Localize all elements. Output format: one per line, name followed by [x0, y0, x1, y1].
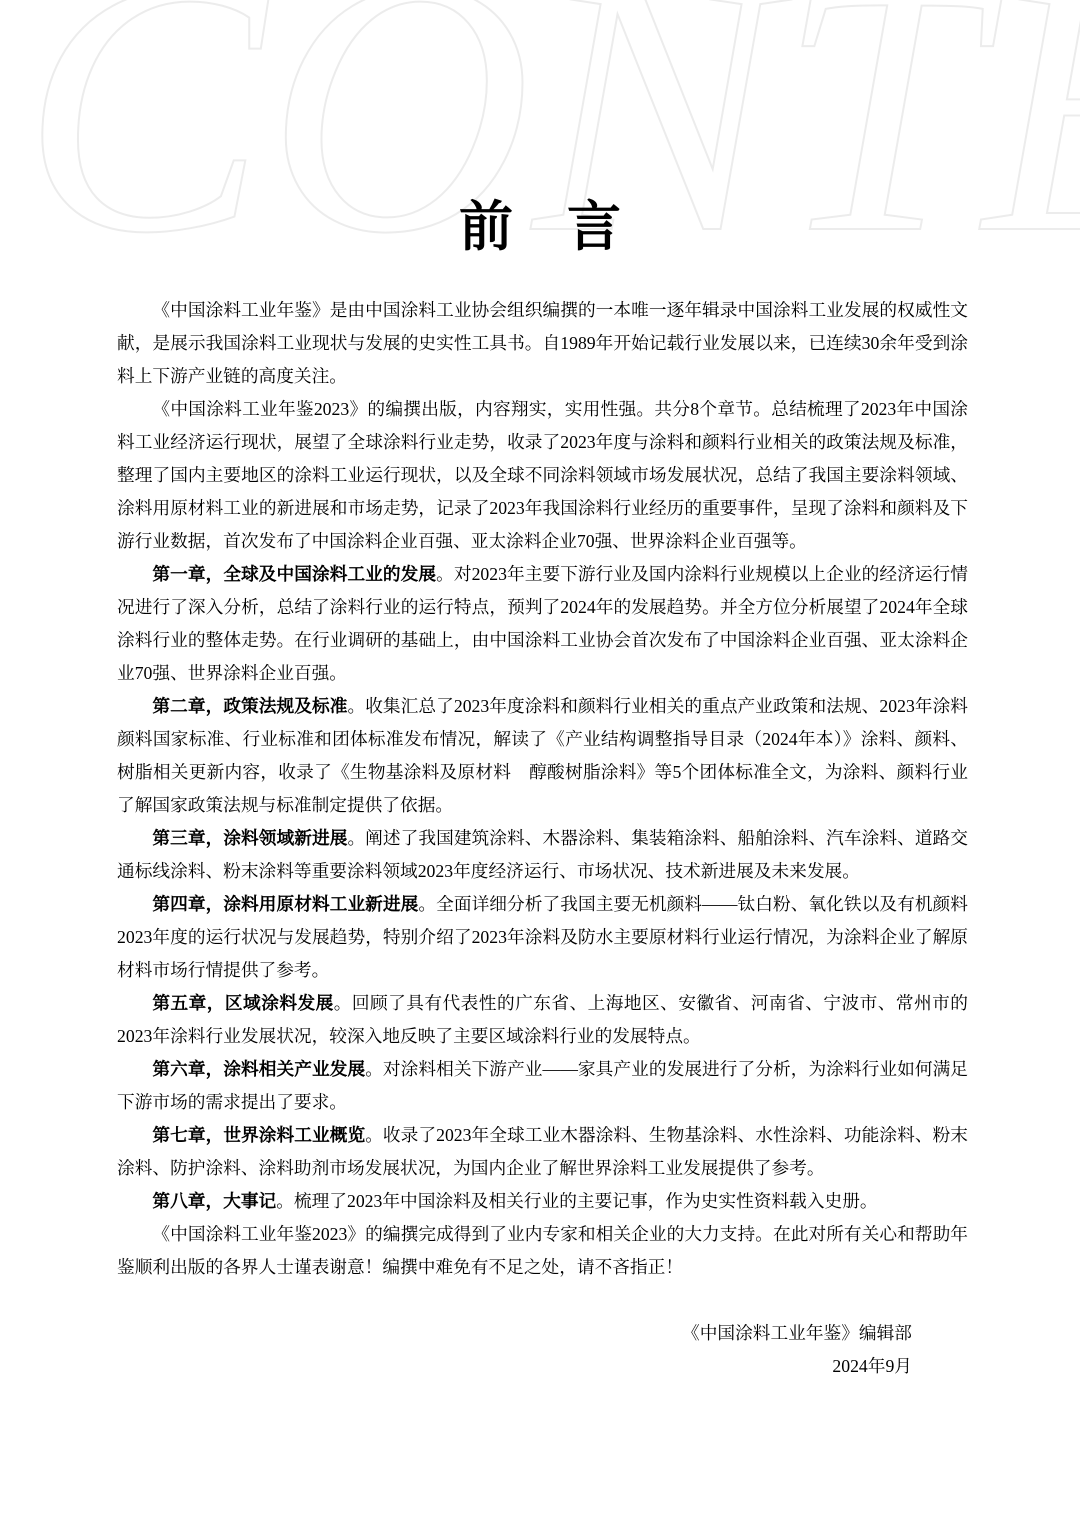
- paragraph: 第七章，世界涂料工业概览。收录了2023年全球工业木器涂料、生物基涂料、水性涂料…: [117, 1119, 968, 1185]
- paragraph: 第八章，大事记。梳理了2023年中国涂料及相关行业的主要记事，作为史实性资料载入…: [117, 1185, 968, 1218]
- signature-block: 《中国涂料工业年鉴》编辑部 2024年9月: [117, 1317, 968, 1383]
- chapter-lead: 第二章，政策法规及标准: [152, 696, 347, 716]
- paragraph: 第五章，区域涂料发展。回顾了具有代表性的广东省、上海地区、安徽省、河南省、宁波市…: [117, 987, 968, 1053]
- paragraph: 《中国涂料工业年鉴》是由中国涂料工业协会组织编撰的一本唯一逐年辑录中国涂料工业发…: [117, 294, 968, 393]
- signature-date-line: 2024年9月: [117, 1350, 912, 1383]
- chapter-lead: 第三章，涂料领域新进展: [152, 828, 347, 848]
- body-paragraphs: 《中国涂料工业年鉴》是由中国涂料工业协会组织编撰的一本唯一逐年辑录中国涂料工业发…: [117, 294, 968, 1284]
- paragraph: 《中国涂料工业年鉴2023》的编撰出版，内容翔实，实用性强。共分8个章节。总结梳…: [117, 393, 968, 558]
- chapter-lead: 第四章，涂料用原材料工业新进展: [152, 894, 418, 914]
- chapter-lead: 第五章，区域涂料发展: [152, 993, 333, 1013]
- chapter-lead: 第八章，大事记: [152, 1191, 276, 1211]
- page-content: 前 言 《中国涂料工业年鉴》是由中国涂料工业协会组织编撰的一本唯一逐年辑录中国涂…: [0, 0, 1080, 1383]
- paragraph: 第四章，涂料用原材料工业新进展。全面详细分析了我国主要无机颜料——钛白粉、氧化铁…: [117, 888, 968, 987]
- signature-editor-line: 《中国涂料工业年鉴》编辑部: [117, 1317, 912, 1350]
- page-title: 前 言: [0, 0, 1080, 258]
- paragraph: 第一章，全球及中国涂料工业的发展。对2023年主要下游行业及国内涂料行业规模以上…: [117, 558, 968, 690]
- chapter-lead: 第六章，涂料相关产业发展: [152, 1059, 365, 1079]
- paragraph: 第六章，涂料相关产业发展。对涂料相关下游产业——家具产业的发展进行了分析，为涂料…: [117, 1053, 968, 1119]
- paragraph: 第二章，政策法规及标准。收集汇总了2023年度涂料和颜料行业相关的重点产业政策和…: [117, 690, 968, 822]
- preface-page: CONTE 前 言 《中国涂料工业年鉴》是由中国涂料工业协会组织编撰的一本唯一逐…: [0, 0, 1080, 1518]
- chapter-lead: 第七章，世界涂料工业概览: [152, 1125, 365, 1145]
- paragraph: 第三章，涂料领域新进展。阐述了我国建筑涂料、木器涂料、集装箱涂料、船舶涂料、汽车…: [117, 822, 968, 888]
- paragraph: 《中国涂料工业年鉴2023》的编撰完成得到了业内专家和相关企业的大力支持。在此对…: [117, 1218, 968, 1284]
- chapter-lead: 第一章，全球及中国涂料工业的发展: [152, 564, 436, 584]
